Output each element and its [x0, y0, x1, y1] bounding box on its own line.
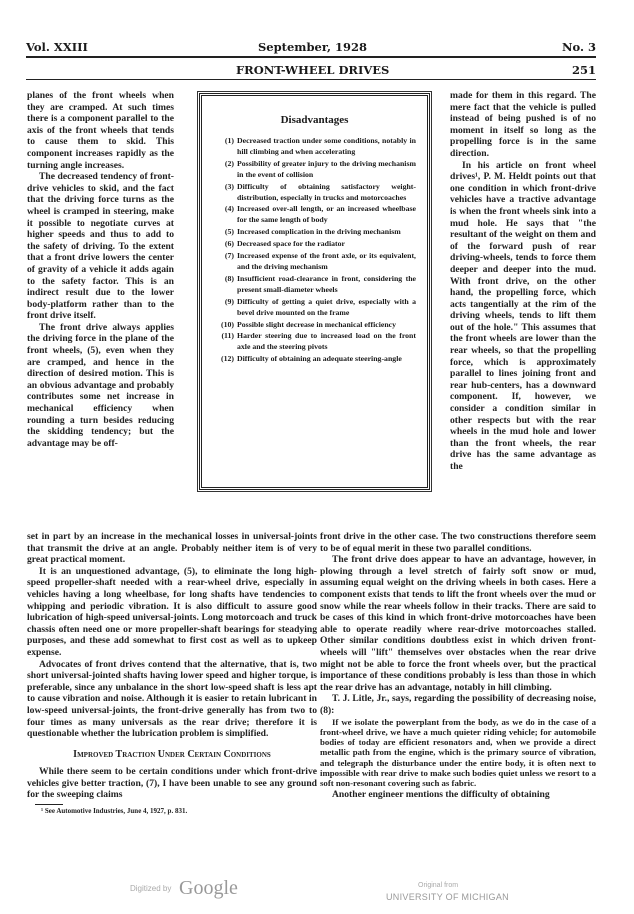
disadvantages-list: (1)Decreased traction under some conditi… — [212, 136, 416, 366]
digitized-by-label: Digitized by — [130, 884, 171, 893]
paragraph: front drive in the other case. The two c… — [320, 531, 596, 554]
list-item: (12)Difficulty of obtaining an adequate … — [212, 354, 416, 365]
issue-number: No. 3 — [562, 40, 596, 54]
paragraph: The front drive does appear to have an a… — [320, 554, 596, 693]
university-label: UNIVERSITY OF MICHIGAN — [386, 892, 509, 902]
volume-label: Vol. XXIII — [26, 40, 88, 54]
list-item: (2)Possibility of greater injury to the … — [212, 159, 416, 181]
paragraph: Another engineer mentions the difficulty… — [320, 789, 596, 801]
box-title: Disadvantages — [202, 114, 427, 126]
paragraph: It is an unquestioned advantage, (5), to… — [27, 566, 317, 659]
paragraph: The front drive always applies the drivi… — [27, 322, 174, 450]
paragraph: The decreased tendency of front-drive ve… — [27, 171, 174, 322]
list-item: (7)Increased expense of the front axle, … — [212, 251, 416, 273]
list-item: (10)Possible slight decrease in mechanic… — [212, 320, 416, 331]
paragraph: Advocates of front drives contend that t… — [27, 659, 317, 740]
section-heading: Improved Traction Under Certain Conditio… — [27, 749, 317, 761]
running-title: FRONT-WHEEL DRIVES — [236, 63, 389, 77]
bottom-right-column: front drive in the other case. The two c… — [320, 531, 596, 800]
paragraph: set in part by an increase in the mechan… — [27, 531, 317, 566]
page-number: 251 — [572, 63, 596, 77]
right-column: made for them in this regard. The mere f… — [450, 90, 596, 473]
masthead-rule — [26, 56, 596, 58]
paragraph: While there seem to be certain condition… — [27, 766, 317, 801]
disadvantages-box: Disadvantages (1)Decreased traction unde… — [199, 93, 430, 490]
list-item: (6)Decreased space for the radiator — [212, 239, 416, 250]
list-item: (9)Difficulty of getting a quiet drive, … — [212, 297, 416, 319]
left-column: planes of the front wheels when they are… — [27, 90, 174, 449]
issue-date: September, 1928 — [258, 40, 367, 54]
header-rule — [26, 79, 596, 80]
paragraph: T. J. Litle, Jr., says, regarding the po… — [320, 693, 596, 716]
list-item: (3)Difficulty of obtaining satisfactory … — [212, 182, 416, 204]
paragraph: In his article on front wheel drives¹, P… — [450, 160, 596, 473]
bottom-left-column: set in part by an increase in the mechan… — [27, 531, 317, 816]
footnote: ¹ See Automotive Industries, June 4, 192… — [41, 807, 317, 816]
paragraph: planes of the front wheels when they are… — [27, 90, 174, 171]
list-item: (4)Increased over-all length, or an incr… — [212, 204, 416, 226]
list-item: (1)Decreased traction under some conditi… — [212, 136, 416, 158]
list-item: (11)Harder steering due to increased loa… — [212, 331, 416, 353]
document-page: Vol. XXIII September, 1928 No. 3 FRONT-W… — [0, 0, 634, 914]
list-item: (5)Increased complication in the driving… — [212, 227, 416, 238]
paragraph: made for them in this regard. The mere f… — [450, 90, 596, 160]
google-logo: Google — [179, 877, 238, 900]
original-from-label: Original from — [418, 882, 458, 889]
footnote-divider — [35, 804, 63, 805]
block-quote: If we isolate the powerplant from the bo… — [320, 717, 596, 789]
list-item: (8)Insufficient road-clearance in front,… — [212, 274, 416, 296]
